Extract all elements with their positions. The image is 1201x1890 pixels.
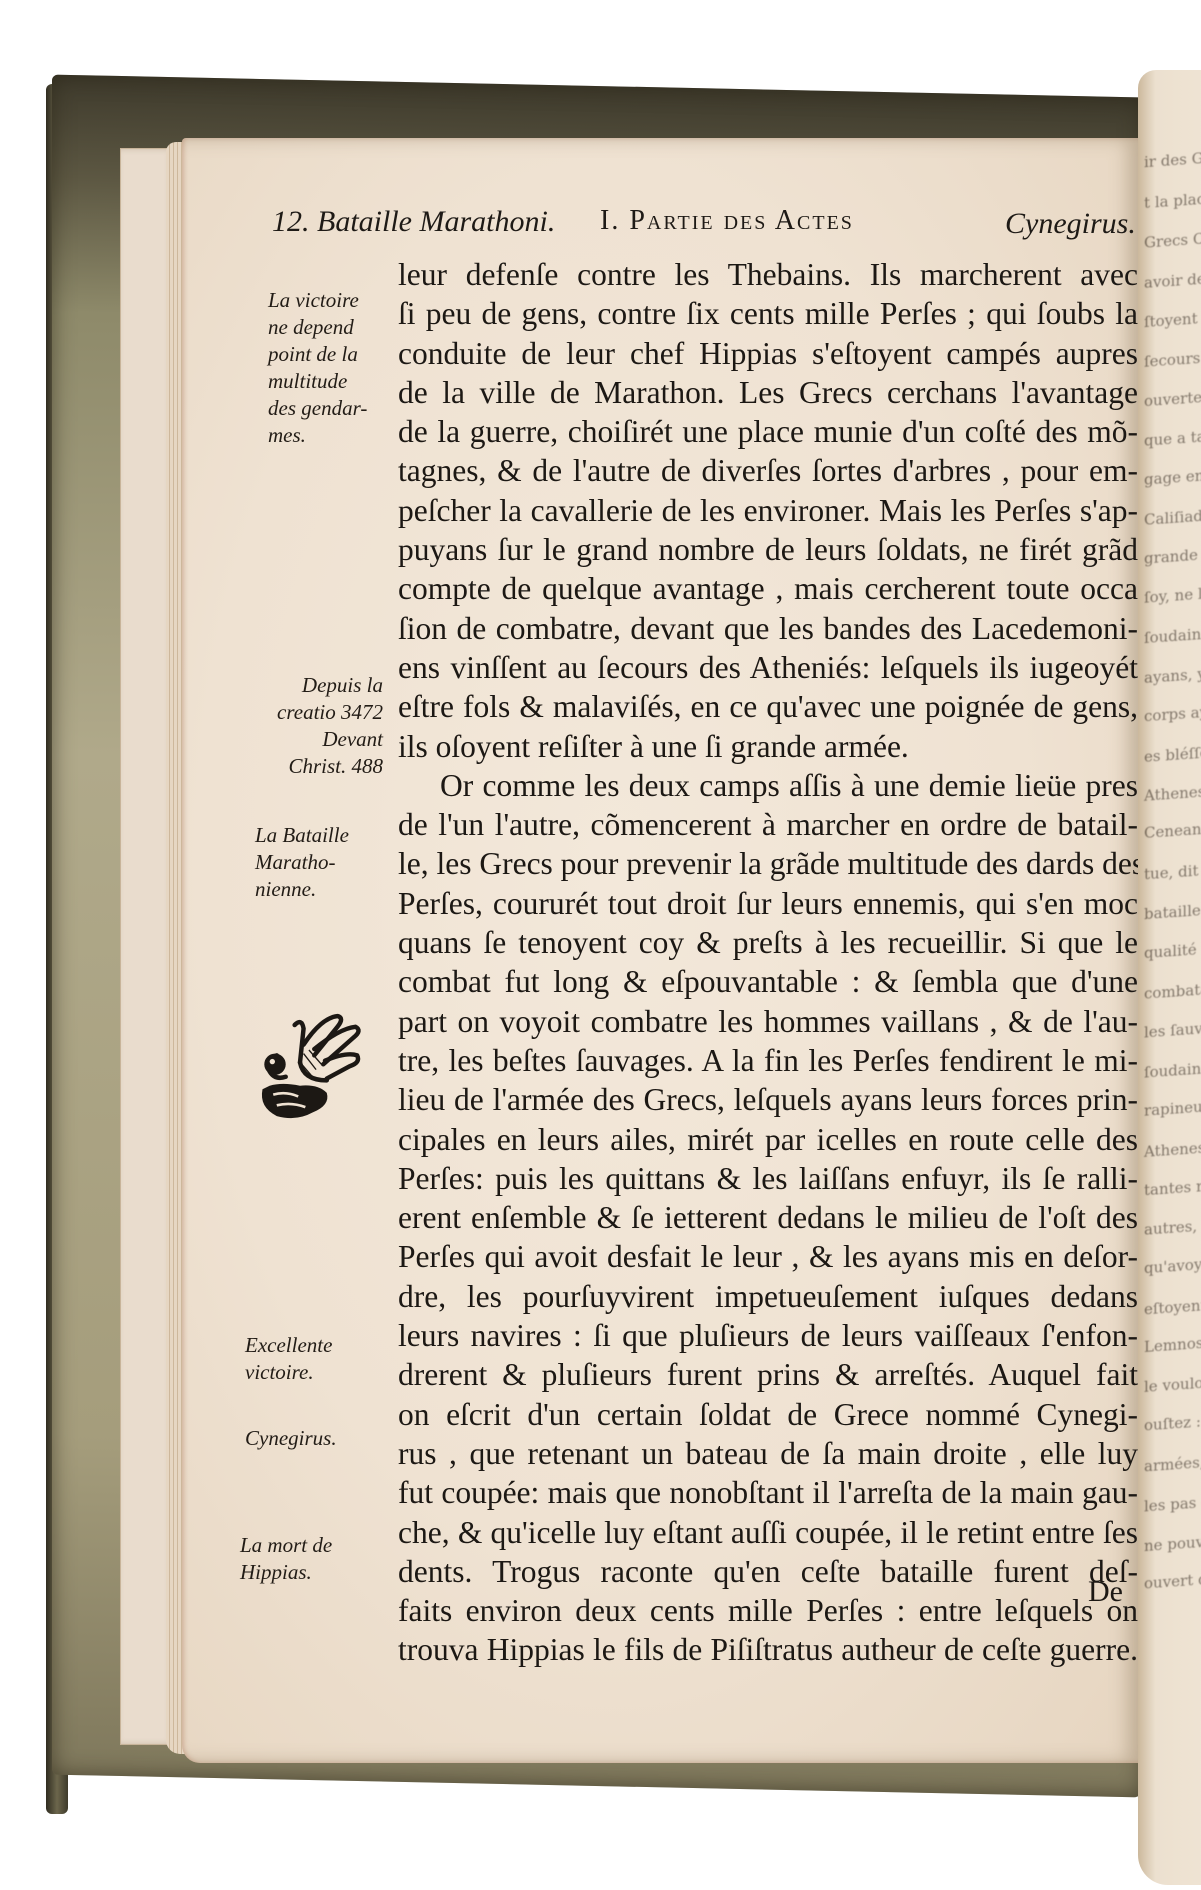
text-line: trouva Hippias le fils de Piſiſtratus au…	[398, 1630, 1138, 1669]
text-line: rus , que retenant un bateau de ſa main …	[398, 1434, 1138, 1473]
running-head-right: Cynegirus.	[1005, 207, 1136, 241]
text-line: le, les Grecs pour prevenir la grãde mul…	[398, 844, 1138, 883]
text-line: leur defenſe contre les Thebains. Ils ma…	[398, 255, 1138, 294]
facing-page-line: ſoy, ne les vou	[1144, 571, 1201, 617]
facing-page-line: les pas qui s'allu	[1144, 1479, 1201, 1527]
facing-page-line: eſtoyent partie p	[1144, 1281, 1201, 1329]
facing-page-line: le vouloir r	[1144, 1362, 1201, 1407]
sidenote-line: Devant	[255, 726, 383, 753]
sidenote-line: Maratho-	[255, 849, 349, 876]
text-line: Perſes: puis les quittans & les laiſſans…	[398, 1159, 1138, 1198]
sidenote-line: point de la	[268, 341, 367, 368]
facing-page-line: tue, dit qu'en un	[1144, 847, 1201, 895]
text-line: peſcher la cavallerie de les environer. …	[398, 491, 1138, 530]
text-line: erent enſemble & ſe ietterent dedans le …	[398, 1198, 1138, 1237]
sidenote-line: La victoire	[268, 287, 367, 314]
text-line: de l'un l'autre, cõmencerent à marcher e…	[398, 805, 1138, 844]
text-line: ſi peu de gens, contre ſix cents mille P…	[398, 294, 1138, 333]
text-line: on eſcrit d'un certain ſoldat de Grece n…	[398, 1395, 1138, 1434]
manicule-hand-icon	[250, 1000, 375, 1125]
sidenote-line: ne depend	[268, 314, 367, 341]
sidenote-line: nienne.	[255, 876, 349, 903]
sidenote-line: Excellente	[245, 1332, 332, 1359]
sidenote-excellente: Excellente victoire.	[245, 1332, 332, 1386]
sidenote-line: Depuis la	[255, 672, 383, 699]
text-line: part on voyoit combatre les hommes vaill…	[398, 1002, 1138, 1041]
text-line: cipales en leurs ailes, mirét par icelle…	[398, 1120, 1138, 1159]
sidenote-line: La mort de	[240, 1532, 332, 1559]
text-line: quans ſe tenoyent coy & preſts à les rec…	[398, 923, 1138, 962]
facing-page-line: Cenean	[1144, 809, 1201, 852]
facing-page-line: armées, n'av	[1144, 1440, 1201, 1486]
text-line: puyans ſur le grand nombre de leurs ſold…	[398, 530, 1138, 569]
text-line: tagnes, & de l'autre de diverſes ſortes …	[398, 451, 1138, 490]
facing-page[interactable]: ir des Grecst la place en coGrecs Callim…	[1138, 70, 1201, 1885]
sidenote-line: Hippias.	[240, 1559, 332, 1586]
facing-page-line: qu'avoyent ſ	[1144, 1243, 1201, 1289]
text-line: lieu de l'armée des Grecs, leſquels ayan…	[398, 1080, 1138, 1119]
facing-page-line: rapineurs de l	[1144, 1084, 1201, 1130]
sidenote-line: victoire.	[245, 1359, 332, 1386]
sidenote-bataille: La Bataille Maratho- nienne.	[255, 822, 349, 903]
sidenote-line: mes.	[268, 422, 367, 449]
sidenote-cynegirus: Cynegirus.	[245, 1425, 337, 1452]
sidenote-victoire: La victoire ne depend point de la multit…	[268, 287, 367, 449]
sidenote-line: des gendar-	[268, 395, 367, 422]
text-line: dents. Trogus raconte qu'en ceſte batail…	[398, 1552, 1138, 1591]
facing-page-line: Lemnos. Et	[1144, 1322, 1201, 1367]
text-line: conduite de leur chef Hippias s'eſtoyent…	[398, 334, 1138, 373]
text-line: ils oſoyent reſiſter à une ſi grande arm…	[398, 727, 1138, 766]
facing-page-line: ouvert de	[1144, 1559, 1201, 1603]
text-line: de la ville de Marathon. Les Grecs cerch…	[398, 373, 1138, 412]
text-line: compte de quelque avantage , mais cerche…	[398, 569, 1138, 608]
facing-page-line: qualité de chef,	[1144, 926, 1201, 973]
text-line: dre, les pourſuyvirent impetueuſement iu…	[398, 1277, 1138, 1316]
sidenote-line: Christ. 488	[255, 753, 383, 780]
facing-page-line: tantes renforçoi	[1144, 1163, 1201, 1211]
facing-page-line: ouſtez : d	[1144, 1402, 1201, 1446]
sidenote-date: Depuis la creatio 3472 Devant Christ. 48…	[255, 672, 383, 780]
text-line: fut coupée: mais que nonobſtant il l'arr…	[398, 1473, 1138, 1512]
text-line: faits environ deux cents mille Perſes : …	[398, 1591, 1138, 1630]
catchword: De	[1088, 1575, 1123, 1609]
sidenote-line: La Bataille	[255, 822, 349, 849]
running-head-left: 12. Bataille Marathoni.	[272, 205, 555, 239]
text-line: Or comme les deux camps aſſis à une demi…	[398, 766, 1138, 805]
text-line: Perſes, coururét tout droit ſur leurs en…	[398, 884, 1138, 923]
text-line: combat fut long & eſpouvantable : & ſemb…	[398, 962, 1138, 1001]
text-line: Perſes qui avoit desfait le leur , & les…	[398, 1237, 1138, 1276]
facing-page-line: corps ayſe dorm	[1144, 689, 1201, 737]
sidenote-line: creatio 3472	[255, 699, 383, 726]
facing-page-line: autres, & redi	[1144, 1203, 1201, 1249]
sidenote-line: Cynegirus.	[245, 1425, 337, 1452]
main-text-block: leur defenſe contre les Thebains. Ils ma…	[398, 255, 1138, 1670]
text-line: tre, les beſtes ſauvages. A la fin les P…	[398, 1041, 1138, 1080]
text-line: leurs navires : ſi que pluſieurs de leur…	[398, 1316, 1138, 1355]
text-line: ens vinſſent au ſecours des Atheniés: le…	[398, 648, 1138, 687]
facing-page-line: t la place en co	[1144, 175, 1201, 222]
facing-page-line: ne pouvoyent p	[1144, 1518, 1201, 1565]
facing-page-line: ir des Grecs	[1144, 137, 1201, 182]
running-head-title: I. Partie des Actes	[600, 205, 854, 237]
sidenote-hippias: La mort de Hippias.	[240, 1532, 332, 1586]
sidenote-line: multitude	[268, 368, 367, 395]
text-line: de la guerre, choiſirét une place munie …	[398, 412, 1138, 451]
text-line: drerent & pluſieurs furent prins & arreſ…	[398, 1355, 1138, 1394]
text-line: ſion de combatre, devant que les bandes …	[398, 609, 1138, 648]
text-line: eſtre fols & malaviſés, en ce qu'avec un…	[398, 687, 1138, 726]
text-line: che, & qu'icelle luy eſtant auſſi coupée…	[398, 1513, 1138, 1552]
